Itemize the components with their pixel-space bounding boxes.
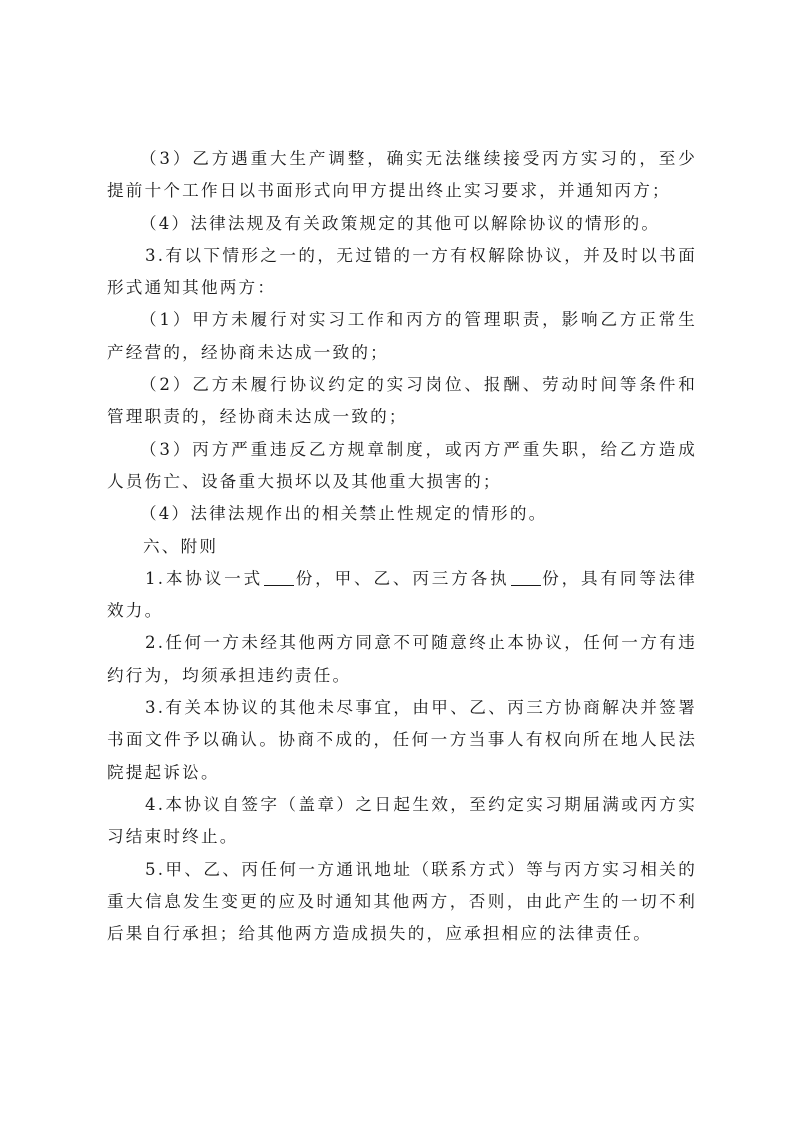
paragraph-subitem-4: （4）法律法规作出的相关禁止性规定的情形的。	[107, 498, 697, 530]
paragraph-subitem-1: （1）甲方未履行对实习工作和丙方的管理职责，影响乙方正常生产经营的，经协商未达成…	[107, 304, 697, 369]
paragraph-item-4: （4）法律法规及有关政策规定的其他可以解除协议的情形的。	[107, 208, 697, 240]
clause-3: 3.有关本协议的其他未尽事宜，由甲、乙、丙三方协商解决并签署书面文件予以确认。协…	[107, 692, 697, 789]
clause-4: 4.本协议自签字（盖章）之日起生效，至约定实习期届满或丙方实习结束时终止。	[107, 789, 697, 854]
copies-each-blank	[511, 569, 541, 586]
clause-1-part-b: 份，甲、乙、丙三方各执	[295, 569, 509, 588]
clause-2: 2.任何一方未经其他两方同意不可随意终止本协议，任何一方有违约行为，均须承担违约…	[107, 627, 697, 692]
clause-1: 1.本协议一式份，甲、乙、丙三方各执份，具有同等法律效力。	[107, 563, 697, 628]
paragraph-subitem-3: （3）丙方严重违反乙方规章制度，或丙方严重失职，给乙方造成人员伤亡、设备重大损坏…	[107, 434, 697, 499]
document-page: （3）乙方遇重大生产调整，确实无法继续接受丙方实习的，至少提前十个工作日以书面形…	[107, 143, 697, 950]
paragraph-clause-3: 3.有以下情形之一的，无过错的一方有权解除协议，并及时以书面形式通知其他两方：	[107, 240, 697, 305]
paragraph-item-3: （3）乙方遇重大生产调整，确实无法继续接受丙方实习的，至少提前十个工作日以书面形…	[107, 143, 697, 208]
section-heading: 六、附则	[107, 531, 697, 563]
copies-total-blank	[264, 569, 294, 586]
paragraph-subitem-2: （2）乙方未履行协议约定的实习岗位、报酬、劳动时间等条件和管理职责的，经协商未达…	[107, 369, 697, 434]
clause-1-part-a: 1.本协议一式	[145, 569, 263, 588]
clause-5: 5.甲、乙、丙任何一方通讯地址（联系方式）等与丙方实习相关的重大信息发生变更的应…	[107, 854, 697, 951]
